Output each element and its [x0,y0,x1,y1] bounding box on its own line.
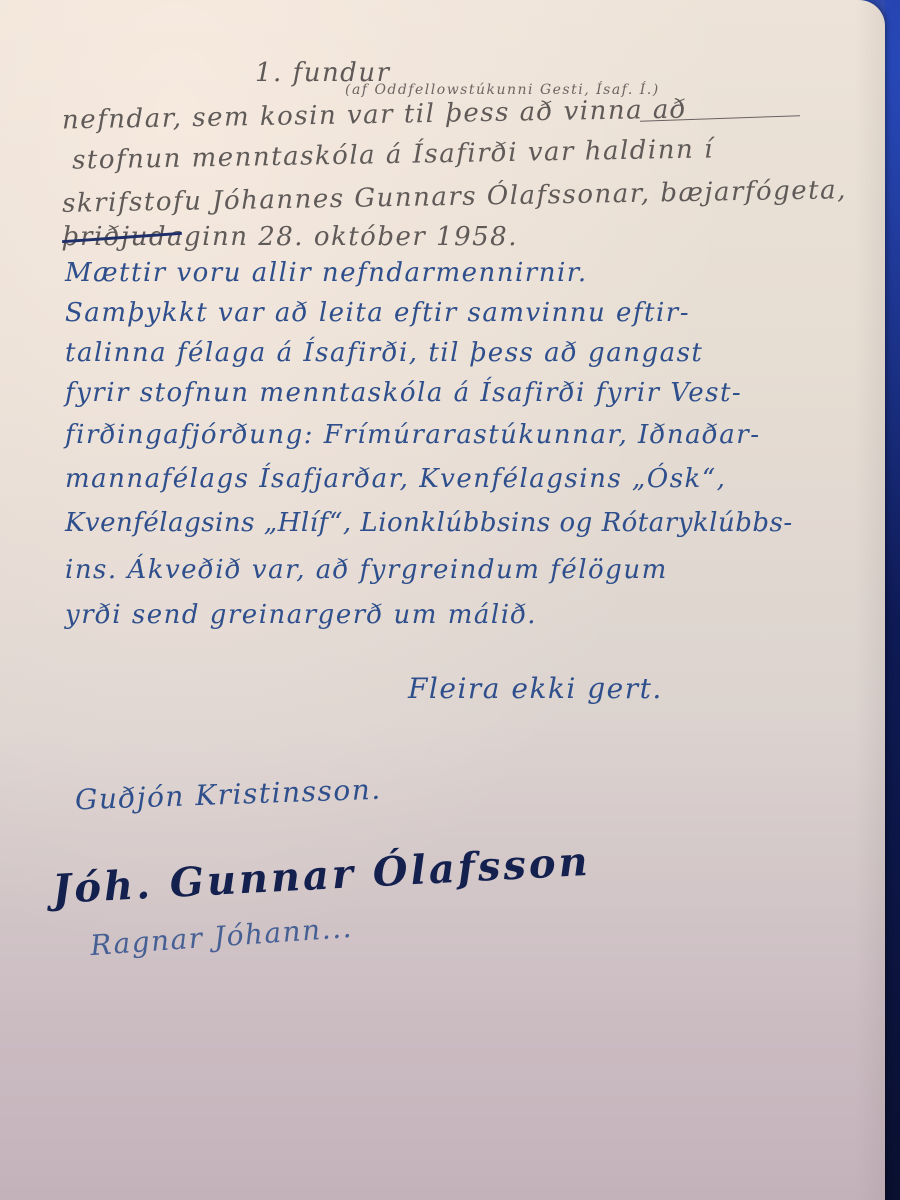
minutes-line-1: nefndar, sem kosin var til þess að vinna… [62,95,687,136]
signature-2: Jóh. Gunnar Ólafsson [51,838,592,913]
minutes-line-7: talinna félaga á Ísafirði, til þess að g… [65,338,703,368]
minutes-line-12: ins. Ákveðið var, að fyrgreindum félögum [65,555,668,585]
closing-remark: Fleira ekki gert. [408,672,663,705]
minutes-line-8: fyrir stofnun menntaskóla á Ísafirði fyr… [65,378,742,408]
minutes-line-10: mannafélags Ísafjarðar, Kvenfélagsins „Ó… [65,464,726,494]
minutes-line-9: firðingafjórðung: Frímúrarastúkunnar, Ið… [65,420,761,450]
minutes-line-5: Mættir voru allir nefndarmennirnir. [65,258,588,288]
signature-1: Guðjón Kristinsson. [75,773,383,817]
minutes-line-6: Samþykkt var að leita eftir samvinnu eft… [65,298,690,328]
signature-3: Ragnar Jóhann... [89,911,354,962]
minutes-line-3: skrifstofu Jóhannes Gunnars Ólafssonar, … [62,175,847,219]
minutes-line-2: stofnun menntaskóla á Ísafirði var haldi… [72,134,714,175]
minutes-line-13: yrði send greinargerð um málið. [65,600,537,630]
notebook-page: 1. fundur (af Oddfellowstúkunni Gesti, Í… [0,0,885,1200]
minutes-line-11: Kvenfélagsins „Hlíf“, Lionklúbbsins og R… [65,508,793,538]
